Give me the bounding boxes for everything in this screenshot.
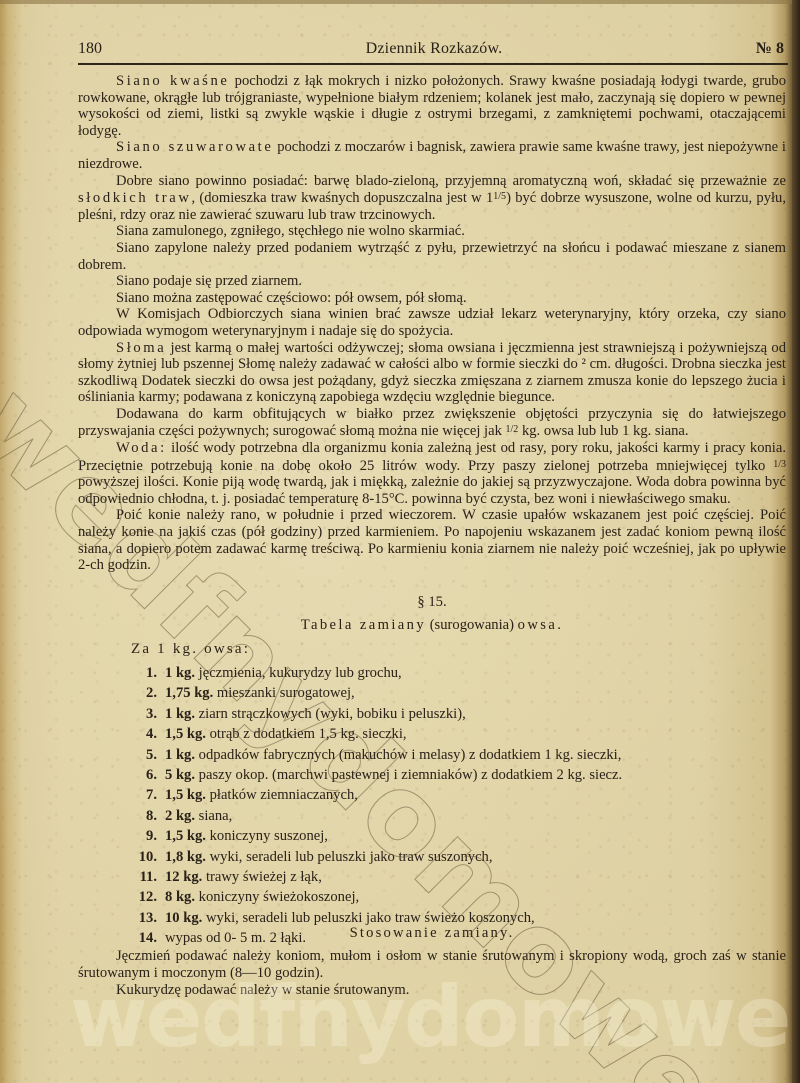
item-quantity: 1,5 kg. [165, 726, 206, 742]
term: Siano kwaśne [116, 73, 229, 89]
list-item: 1.1 kg. jęczmienia, kukurydzy lub grochu… [134, 663, 784, 683]
title-part: owsa. [518, 617, 564, 633]
item-number: 9. [114, 826, 165, 846]
item-quantity: 1,8 kg. [165, 849, 206, 865]
main-text: Siano kwaśne pochodzi z łąk mokrych i ni… [78, 73, 786, 574]
item-quantity: 10 kg. [165, 910, 202, 926]
item-quantity: 1 kg. [165, 747, 195, 763]
issue-number: № 8 [756, 40, 784, 58]
item-quantity: 2 kg. [165, 808, 195, 824]
paragraph-hay-order: Siano podaje się przed ziarnem. [78, 273, 786, 290]
substitution-list: 1.1 kg. jęczmienia, kukurydzy lub grochu… [134, 663, 784, 948]
page-header: 180 Dziennik Rozkazów. № 8 [78, 40, 790, 62]
term: słodkich traw [78, 190, 191, 206]
item-number: 3. [114, 704, 165, 724]
paragraph-watering: Poić konie należy rano, w południe i prz… [78, 507, 786, 573]
item-quantity: 5 kg. [165, 767, 195, 783]
item-text: odpadków fabrycznych (makuchów i melasy)… [195, 747, 621, 763]
item-quantity: 12 kg. [165, 869, 202, 885]
item-text: paszy okop. (marchwi pastewnej i ziemnia… [195, 767, 622, 783]
list-item: 3.1 kg. ziarn strączkowych (wyki, bobiku… [134, 704, 784, 724]
paragraph-commission: W Komisjach Odbiorczych siana winien bra… [78, 306, 786, 339]
list-item: 11.12 kg. trawy świeżej z łąk, [134, 867, 784, 887]
paragraph-good-hay: Dobre siano powinno posiadać: barwę blad… [78, 173, 786, 224]
item-text: wyki, seradeli lub peluszki jako traw św… [202, 910, 534, 926]
term: Woda: [116, 440, 167, 456]
item-number: 8. [114, 806, 165, 826]
application-heading: Stosowanie zamiany. [78, 925, 786, 942]
list-item: 2.1,75 kg. mieszanki surogatowej, [134, 683, 784, 703]
item-number: 5. [114, 745, 165, 765]
list-item: 8.2 kg. siana, [134, 806, 784, 826]
item-quantity: 1 kg. [165, 665, 195, 681]
paragraph-sour-hay: Siano kwaśne pochodzi z łąk mokrych i ni… [78, 73, 786, 139]
list-item: 7.1,5 kg. płatków ziemniaczanych, [134, 785, 784, 805]
journal-title: Dziennik Rozkazów. [78, 40, 790, 58]
item-number: 2. [114, 683, 165, 703]
item-quantity: 1 kg. [165, 706, 195, 722]
paragraph-dusty-hay: Siano zapylone należy przed podaniem wyt… [78, 240, 786, 273]
item-number: 1. [114, 663, 165, 683]
paragraph-text: Dobre siano powinno posiadać: barwę blad… [116, 173, 786, 189]
list-item: 6.5 kg. paszy okop. (marchwi pastewnej i… [134, 765, 784, 785]
list-item: 12.8 kg. koniczyny świeżokoszonej, [134, 887, 784, 907]
header-rule [78, 63, 788, 65]
item-quantity: 1,75 kg. [165, 685, 213, 701]
term: Siano szuwarowate [116, 139, 273, 155]
list-item: 4.1,5 kg. otrąb z dodatkiem 1,5 kg. siec… [134, 724, 784, 744]
page-top-edge [0, 0, 800, 4]
table-title: Tabela zamiany (surogowania) owsa. [78, 617, 786, 634]
item-number: 12. [114, 887, 165, 907]
paragraph-straw-addition: Dodawana do karm obfitujących w białko p… [78, 406, 786, 440]
item-quantity: 8 kg. [165, 889, 195, 905]
paragraph-hay-substitute: Siano można zastępować częściowo: pół ow… [78, 290, 786, 307]
paragraph-text: powyższej ilości. Konie piją wodę twardą… [78, 474, 786, 507]
item-text: wyki, seradeli lub peluszki jako traw su… [206, 849, 493, 865]
application-text: Jęczmień podawać należy koniom, mułom i … [78, 948, 786, 999]
paragraph-text: jest karmą o małej wartości odżywczej; s… [78, 340, 786, 406]
fraction: 1/2 [506, 424, 519, 435]
item-text: mieszanki surogatowej, [213, 685, 354, 701]
list-item: 5.1 kg. odpadków fabrycznych (makuchów i… [134, 745, 784, 765]
scanned-page: 180 Dziennik Rozkazów. № 8 Siano kwaśne … [0, 0, 800, 1083]
item-text: otrąb z dodatkiem 1,5 kg. sieczki, [206, 726, 407, 742]
fraction: 1/5 [493, 191, 506, 202]
term: Słoma [116, 340, 166, 356]
item-quantity: 1,5 kg. [165, 787, 206, 803]
item-text: koniczyny suszonej, [206, 828, 328, 844]
table-lead: Za 1 kg. owsa: [131, 641, 250, 658]
item-text: koniczyny świeżokoszonej, [195, 889, 359, 905]
book-spine-shadow [792, 0, 800, 1083]
section-number: § 15. [78, 594, 786, 611]
item-number: 10. [114, 847, 165, 867]
paragraph-reed-hay: Siano szuwarowate pochodzi z moczarów i … [78, 139, 786, 172]
fraction: 1/3 [773, 459, 786, 470]
paragraph-text: , (domieszka traw kwaśnych dopuszczalna … [191, 190, 486, 206]
item-text: płatków ziemniaczanych, [206, 787, 358, 803]
paragraph-text: kg. owsa lub lub 1 kg. siana. [518, 423, 688, 439]
item-number: 6. [114, 765, 165, 785]
list-item: 10.1,8 kg. wyki, seradeli lub peluszki j… [134, 847, 784, 867]
item-text: ziarn strączkowych (wyki, bobiku i pelus… [195, 706, 466, 722]
item-text: siana, [195, 808, 232, 824]
paragraph-corn: Kukurydzę podawać należy w stanie śrutow… [78, 982, 786, 999]
paragraph-water: Woda: ilość wody potrzebna dla organizmu… [78, 440, 786, 507]
item-text: trawy świeżej z łąk, [202, 869, 322, 885]
list-item: 9.1,5 kg. koniczyny suszonej, [134, 826, 784, 846]
item-text: jęczmienia, kukurydzy lub grochu, [195, 665, 402, 681]
item-number: 11. [114, 867, 165, 887]
paragraph-barley: Jęczmień podawać należy koniom, mułom i … [78, 948, 786, 982]
item-number: 7. [114, 785, 165, 805]
title-part: Tabela zamiany [301, 617, 426, 633]
paragraph-text: ilość wody potrzebna dla organizmu konia… [78, 440, 786, 474]
paragraph-straw: Słoma jest karmą o małej wartości odżywc… [78, 340, 786, 406]
item-number: 4. [114, 724, 165, 744]
paragraph-spoiled-hay: Siana zamulonego, zgniłego, stęchłego ni… [78, 223, 786, 240]
item-quantity: 1,5 kg. [165, 828, 206, 844]
title-part: (surogowania) [426, 617, 518, 633]
